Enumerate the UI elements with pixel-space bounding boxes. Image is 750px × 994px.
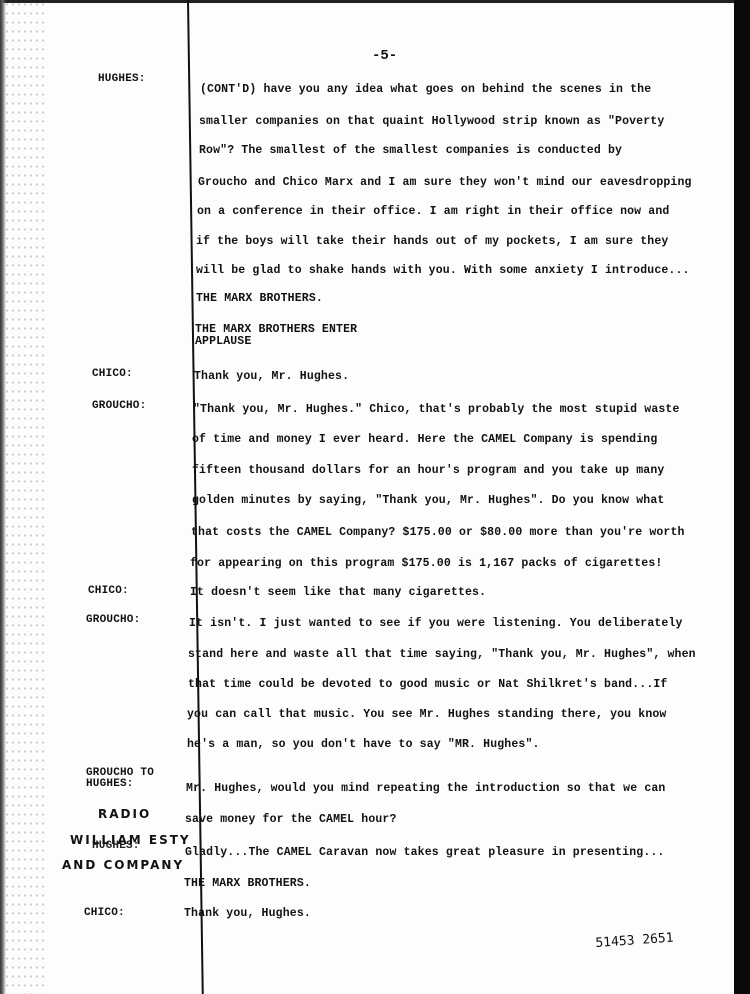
dialogue-line: stand here and waste all that time sayin… bbox=[188, 648, 696, 661]
dialogue-line: THE MARX BROTHERS. bbox=[184, 877, 311, 890]
dialogue-line: Thank you, Mr. Hughes. bbox=[194, 370, 349, 383]
scan-top-border bbox=[0, 0, 750, 3]
dialogue-line: "Thank you, Mr. Hughes." Chico, that's p… bbox=[193, 403, 680, 416]
dialogue-line: will be glad to shake hands with you. Wi… bbox=[196, 264, 690, 277]
stage-direction: APPLAUSE bbox=[195, 335, 251, 348]
dialogue-line: Gladly...The CAMEL Caravan now takes gre… bbox=[185, 846, 664, 859]
agency-stamp-line: RADIO bbox=[98, 807, 151, 821]
dialogue-line: It doesn't seem like that many cigarette… bbox=[190, 586, 486, 599]
dialogue-line: It isn't. I just wanted to see if you we… bbox=[189, 617, 683, 630]
dialogue-line: on a conference in their office. I am ri… bbox=[197, 205, 669, 218]
document-id: 51453 2651 bbox=[595, 931, 674, 951]
dialogue-line: fifteen thousand dollars for an hour's p… bbox=[192, 464, 664, 477]
dialogue-line: smaller companies on that quaint Hollywo… bbox=[199, 115, 664, 128]
dialogue-line: (CONT'D) have you any idea what goes on … bbox=[200, 83, 651, 96]
dialogue-line: Thank you, Hughes. bbox=[184, 907, 311, 920]
dialogue-line: Groucho and Chico Marx and I am sure the… bbox=[198, 176, 692, 189]
dialogue-line: for appearing on this program $175.00 is… bbox=[190, 557, 662, 570]
agency-stamp-line: WILLIAM ESTY bbox=[70, 833, 191, 847]
dialogue-line: you can call that music. You see Mr. Hug… bbox=[187, 708, 666, 721]
speaker-label: CHICO: bbox=[88, 585, 129, 597]
dialogue-line: golden minutes by saying, "Thank you, Mr… bbox=[192, 494, 664, 507]
agency-stamp-line: AND COMPANY bbox=[62, 858, 184, 872]
scan-noise bbox=[4, 0, 44, 994]
scan-right-border bbox=[734, 0, 750, 994]
dialogue-line: Mr. Hughes, would you mind repeating the… bbox=[186, 782, 665, 795]
page-number: -5- bbox=[372, 48, 397, 64]
dialogue-line: if the boys will take their hands out of… bbox=[196, 235, 668, 248]
dialogue-line: that costs the CAMEL Company? $175.00 or… bbox=[191, 526, 685, 539]
dialogue-line: of time and money I ever heard. Here the… bbox=[192, 433, 657, 446]
speaker-label: GROUCHO: bbox=[92, 400, 146, 412]
speaker-label: GROUCHO: bbox=[86, 614, 140, 626]
speaker-label: HUGHES: bbox=[98, 73, 146, 85]
dialogue-line: that time could be devoted to good music… bbox=[188, 678, 667, 691]
dialogue-line: save money for the CAMEL hour? bbox=[185, 813, 397, 826]
speaker-label: CHICO: bbox=[92, 368, 133, 380]
speaker-label: GROUCHO TO HUGHES: bbox=[86, 768, 154, 790]
dialogue-line: he's a man, so you don't have to say "MR… bbox=[187, 738, 540, 751]
dialogue-line: Row"? The smallest of the smallest compa… bbox=[199, 144, 622, 157]
dialogue-line: THE MARX BROTHERS. bbox=[196, 292, 323, 305]
speaker-label: CHICO: bbox=[84, 907, 125, 919]
